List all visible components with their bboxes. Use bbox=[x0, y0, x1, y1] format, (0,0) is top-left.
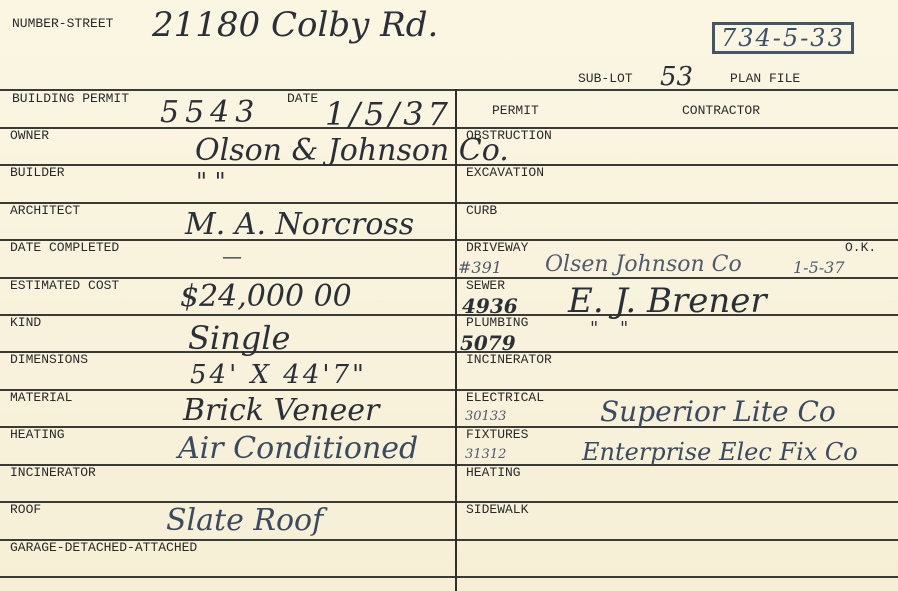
estimated-cost-value: $24,000 00 bbox=[180, 282, 352, 312]
number-street-value: 21180 Colby Rd. bbox=[152, 8, 438, 42]
fixtures-permit-number: 31312 bbox=[465, 448, 506, 461]
driveway-label: DRIVEWAY bbox=[466, 241, 528, 255]
architect-label: ARCHITECT bbox=[10, 204, 80, 218]
sidewalk-label: SIDEWALK bbox=[466, 503, 528, 517]
fixtures-label: FIXTURES bbox=[466, 428, 528, 442]
date-completed-label: DATE COMPLETED bbox=[10, 241, 119, 255]
file-number-stamp: 734-5-33 bbox=[712, 22, 854, 54]
roof-value: Slate Roof bbox=[166, 506, 323, 536]
rule bbox=[0, 501, 898, 503]
sewer-contractor: E. J. Brener bbox=[568, 284, 767, 318]
material-value: Brick Veneer bbox=[183, 396, 379, 426]
incinerator-permit-label: INCINERATOR bbox=[466, 353, 552, 367]
rule bbox=[0, 202, 898, 204]
kind-label: KIND bbox=[10, 316, 41, 330]
rule bbox=[0, 389, 898, 391]
curb-label: CURB bbox=[466, 204, 497, 218]
permit-card: NUMBER-STREET 21180 Colby Rd. 734-5-33 S… bbox=[0, 0, 898, 591]
roof-label: ROOF bbox=[10, 503, 41, 517]
plumbing-label: PLUMBING bbox=[466, 316, 528, 330]
estimated-cost-label: ESTIMATED COST bbox=[10, 279, 119, 293]
driveway-date: 1-5-37 bbox=[793, 260, 845, 276]
driveway-ok-status: O.K. bbox=[845, 241, 876, 255]
permit-column-header: PERMIT bbox=[492, 104, 539, 118]
heating-value: Air Conditioned bbox=[178, 434, 418, 464]
rule bbox=[0, 89, 898, 91]
heating-permit-label: HEATING bbox=[466, 466, 521, 480]
building-permit-value: 5543 bbox=[160, 98, 260, 128]
building-permit-label: BUILDING PERMIT bbox=[12, 92, 129, 106]
heating-label: HEATING bbox=[10, 428, 65, 442]
driveway-permit-number: #391 bbox=[458, 260, 502, 276]
rule bbox=[0, 351, 898, 353]
date-value: 1/5/37 bbox=[325, 98, 452, 130]
driveway-contractor: Olsen Johnson Co bbox=[545, 254, 742, 276]
kind-value: Single bbox=[188, 322, 290, 354]
owner-label: OWNER bbox=[10, 129, 49, 143]
garage-label: GARAGE-DETACHED-ATTACHED bbox=[10, 541, 197, 555]
dimensions-value: 54' X 44'7" bbox=[190, 362, 367, 388]
plumbing-contractor: " " bbox=[590, 320, 636, 338]
builder-value: " " bbox=[196, 170, 226, 194]
number-street-label: NUMBER-STREET bbox=[12, 17, 113, 31]
sub-lot-value: 53 bbox=[660, 64, 693, 90]
electrical-contractor: Superior Lite Co bbox=[600, 398, 836, 426]
obstruction-label: OBSTRUCTION bbox=[466, 129, 552, 143]
date-label: DATE bbox=[287, 92, 318, 106]
fixtures-contractor: Enterprise Elec Fix Co bbox=[582, 440, 858, 464]
sub-lot-label: SUB-LOT bbox=[578, 72, 633, 86]
contractor-column-header: CONTRACTOR bbox=[682, 104, 760, 118]
owner-value: Olson & Johnson Co. bbox=[195, 136, 509, 166]
material-label: MATERIAL bbox=[10, 391, 72, 405]
sewer-permit-number: 4936 bbox=[462, 296, 518, 316]
dimensions-label: DIMENSIONS bbox=[10, 353, 88, 367]
rule bbox=[0, 277, 898, 279]
electrical-permit-number: 30133 bbox=[465, 410, 506, 423]
incinerator-label: INCINERATOR bbox=[10, 466, 96, 480]
architect-value: M. A. Norcross bbox=[185, 210, 414, 240]
builder-label: BUILDER bbox=[10, 166, 65, 180]
date-completed-value: — bbox=[222, 246, 242, 266]
rule bbox=[0, 576, 898, 578]
plan-file-label: PLAN FILE bbox=[730, 72, 800, 86]
electrical-label: ELECTRICAL bbox=[466, 391, 544, 405]
sewer-label: SEWER bbox=[466, 279, 505, 293]
excavation-label: EXCAVATION bbox=[466, 166, 544, 180]
plumbing-permit-number: 5079 bbox=[460, 333, 516, 353]
rule bbox=[0, 239, 898, 241]
